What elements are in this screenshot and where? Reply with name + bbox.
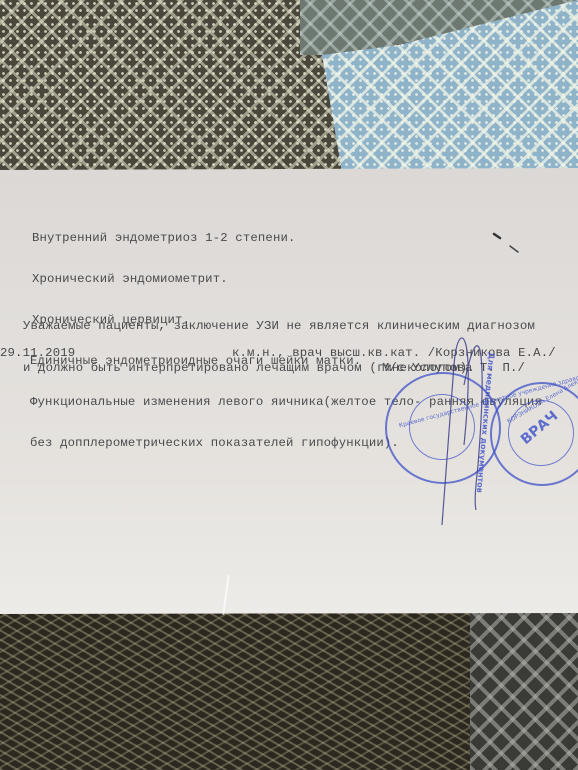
document-content: Внутренний эндометриоз 1-2 степени. Хрон… (0, 0, 578, 109)
background-fabric-bottom-right (470, 600, 578, 770)
finding-line: Внутренний эндометриоз 1-2 степени. (30, 232, 542, 246)
doctor-stamp-center-text: ВРАЧ (518, 408, 561, 448)
finding-line: Хронический эндомиометрит. (30, 273, 542, 287)
signature-scribble (440, 325, 510, 535)
pin-mark-icon (492, 232, 522, 254)
document-date: 29.11.2019 (0, 347, 75, 361)
